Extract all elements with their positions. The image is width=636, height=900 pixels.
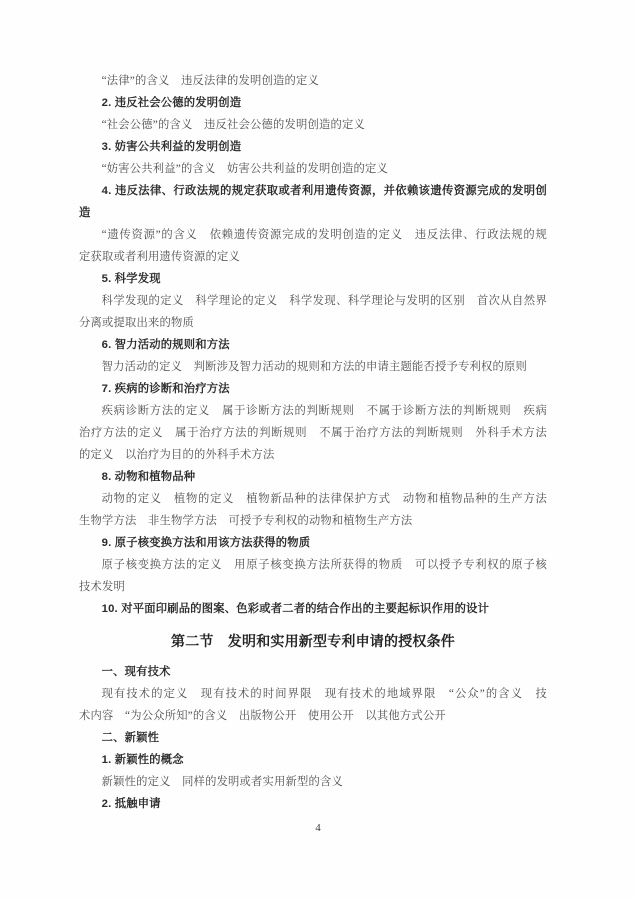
outline-item-heading: 9. 原子核变换方法和用该方法获得的物质 <box>79 532 547 554</box>
outline-detail-line: 治疗方法的定义 属于治疗方法的判断规则 不属于治疗方法的判断规则 外科手术方法 <box>79 422 547 444</box>
page-number: 4 <box>0 820 636 836</box>
outline-detail-line: “法律”的含义 违反法律的发明创造的定义 <box>79 70 547 92</box>
outline-detail-line: 智力活动的定义 判断涉及智力活动的规则和方法的申请主题能否授予专利权的原则 <box>79 356 547 378</box>
outline-item-heading: 7. 疾病的诊断和治疗方法 <box>79 378 547 400</box>
outline-detail-line: 原子核变换方法的定义 用原子核变换方法所获得的物质 可以授予专利权的原子核 <box>79 554 547 576</box>
document-page: “法律”的含义 违反法律的发明创造的定义2. 违反社会公德的发明创造“社会公德”… <box>0 0 636 900</box>
subsection-heading: 一、现有技术 <box>79 661 547 683</box>
outline-item-heading: 造 <box>79 202 547 224</box>
outline-item-heading: 1. 新颖性的概念 <box>79 749 547 771</box>
outline-detail-line: 定获取或者利用遗传资源的定义 <box>79 246 547 268</box>
outline-detail-line: 现有技术的定义 现有技术的时间界限 现有技术的地域界限 “公众”的含义 技 <box>79 683 547 705</box>
outline-item-heading: 6. 智力活动的规则和方法 <box>79 334 547 356</box>
outline-detail-line: 疾病诊断方法的定义 属于诊断方法的判断规则 不属于诊断方法的判断规则 疾病 <box>79 400 547 422</box>
outline-detail-line: “社会公德”的含义 违反社会公德的发明创造的定义 <box>79 114 547 136</box>
outline-detail-line: “遗传资源”的含义 依赖遗传资源完成的发明创造的定义 违反法律、行政法规的规 <box>79 224 547 246</box>
section-heading: 第二节 发明和实用新型专利申请的授权条件 <box>79 629 547 653</box>
outline-detail-line: 的定义 以治疗为目的的外科手术方法 <box>79 444 547 466</box>
outline-item-heading: 8. 动物和植物品种 <box>79 466 547 488</box>
outline-detail-line: 术内容 “为公众所知”的含义 出版物公开 使用公开 以其他方式公开 <box>79 705 547 727</box>
outline-item-heading: 4. 违反法律、行政法规的规定获取或者利用遗传资源，并依赖该遗传资源完成的发明创 <box>79 180 547 202</box>
outline-detail-line: 科学发现的定义 科学理论的定义 科学发现、科学理论与发明的区别 首次从自然界 <box>79 290 547 312</box>
outline-detail-line: 分离或提取出来的物质 <box>79 312 547 334</box>
outline-item-heading: 10. 对平面印刷品的图案、色彩或者二者的结合作出的主要起标识作用的设计 <box>79 598 547 620</box>
outline-detail-line: 新颖性的定义 同样的发明或者实用新型的含义 <box>79 771 547 793</box>
outline-detail-line: 生物学方法 非生物学方法 可授予专利权的动物和植物生产方法 <box>79 510 547 532</box>
outline-item-heading: 2. 违反社会公德的发明创造 <box>79 92 547 114</box>
outline-detail-line: “妨害公共利益”的含义 妨害公共利益的发明创造的定义 <box>79 158 547 180</box>
outline-item-heading: 2. 抵触申请 <box>79 793 547 815</box>
subsection-heading: 二、新颖性 <box>79 727 547 749</box>
outline-item-heading: 3. 妨害公共利益的发明创造 <box>79 136 547 158</box>
outline-detail-line: 动物的定义 植物的定义 植物新品种的法律保护方式 动物和植物品种的生产方法 <box>79 488 547 510</box>
outline: “法律”的含义 违反法律的发明创造的定义2. 违反社会公德的发明创造“社会公德”… <box>79 70 547 815</box>
outline-item-heading: 5. 科学发现 <box>79 268 547 290</box>
outline-detail-line: 技术发明 <box>79 576 547 598</box>
